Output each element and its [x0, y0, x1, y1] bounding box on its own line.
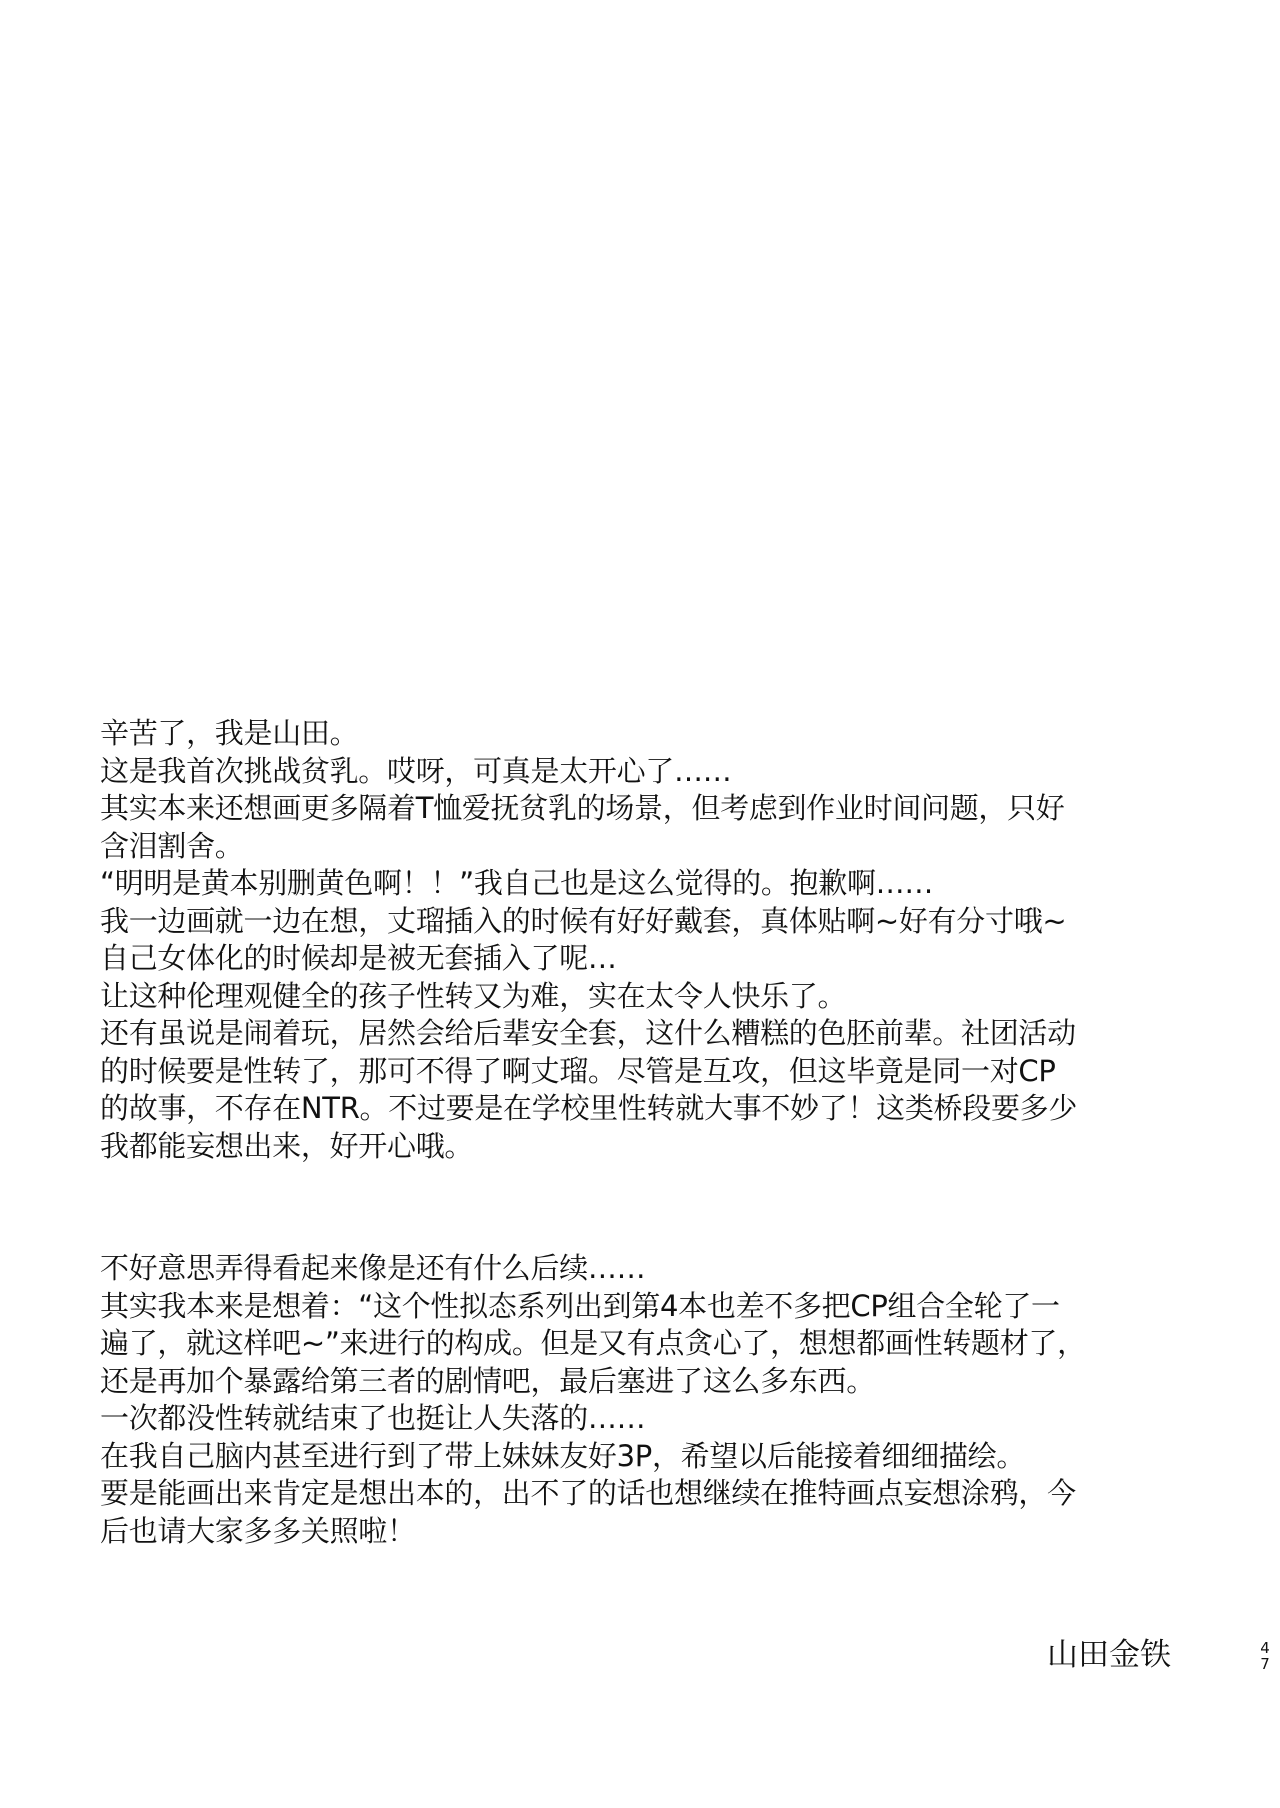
text-line: 还有虽说是闹着玩，居然会给后辈安全套，这什么糟糕的色胚前辈。社团活动 [100, 1015, 1180, 1053]
afterword-paragraph-2: 不好意思弄得看起来像是还有什么后续…… 其实我本来是想着：“这个性拟态系列出到第… [100, 1250, 1180, 1550]
text-line: 在我自己脑内甚至进行到了带上妹妹友好3P，希望以后能接着细细描绘。 [100, 1438, 1180, 1476]
text-line: 还是再加个暴露给第三者的剧情吧，最后塞进了这么多东西。 [100, 1363, 1180, 1401]
text-line: “明明是黄本别删黄色啊！！”我自己也是这么觉得的。抱歉啊…… [100, 865, 1180, 903]
afterword-paragraph-1: 辛苦了，我是山田。 这是我首次挑战贫乳。哎呀，可真是太开心了…… 其实本来还想画… [100, 715, 1180, 1165]
text-line: 遍了，就这样吧~”来进行的构成。但是又有点贪心了，想想都画性转题材了， [100, 1325, 1180, 1363]
text-line: 我都能妄想出来，好开心哦。 [100, 1128, 1180, 1166]
text-line: 辛苦了，我是山田。 [100, 715, 1180, 753]
text-line: 一次都没性转就结束了也挺让人失落的…… [100, 1400, 1180, 1438]
page-number-digit: 4 [1258, 1640, 1272, 1656]
page-number: 4 7 [1258, 1640, 1272, 1672]
text-line: 其实我本来是想着：“这个性拟态系列出到第4本也差不多把CP组合全轮了一 [100, 1288, 1180, 1326]
text-line: 其实本来还想画更多隔着T恤爱抚贫乳的场景，但考虑到作业时间问题，只好 [100, 790, 1180, 828]
text-line: 要是能画出来肯定是想出本的，出不了的话也想继续在推特画点妄想涂鸦，今 [100, 1475, 1180, 1513]
page-number-digit: 7 [1258, 1656, 1272, 1672]
text-line: 后也请大家多多关照啦！ [100, 1513, 1180, 1551]
author-signature: 山田金铁 [1047, 1635, 1171, 1675]
text-line: 让这种伦理观健全的孩子性转又为难，实在太令人快乐了。 [100, 978, 1180, 1016]
text-line: 的故事，不存在NTR。不过要是在学校里性转就大事不妙了！这类桥段要多少 [100, 1090, 1180, 1128]
text-line: 含泪割舍。 [100, 828, 1180, 866]
text-line: 自己女体化的时候却是被无套插入了呢… [100, 940, 1180, 978]
text-line: 我一边画就一边在想，丈瑠插入的时候有好好戴套，真体贴啊~好有分寸哦~ [100, 903, 1180, 941]
text-line: 这是我首次挑战贫乳。哎呀，可真是太开心了…… [100, 753, 1180, 791]
text-line: 的时候要是性转了，那可不得了啊丈瑠。尽管是互攻，但这毕竟是同一对CP [100, 1053, 1180, 1091]
text-line: 不好意思弄得看起来像是还有什么后续…… [100, 1250, 1180, 1288]
